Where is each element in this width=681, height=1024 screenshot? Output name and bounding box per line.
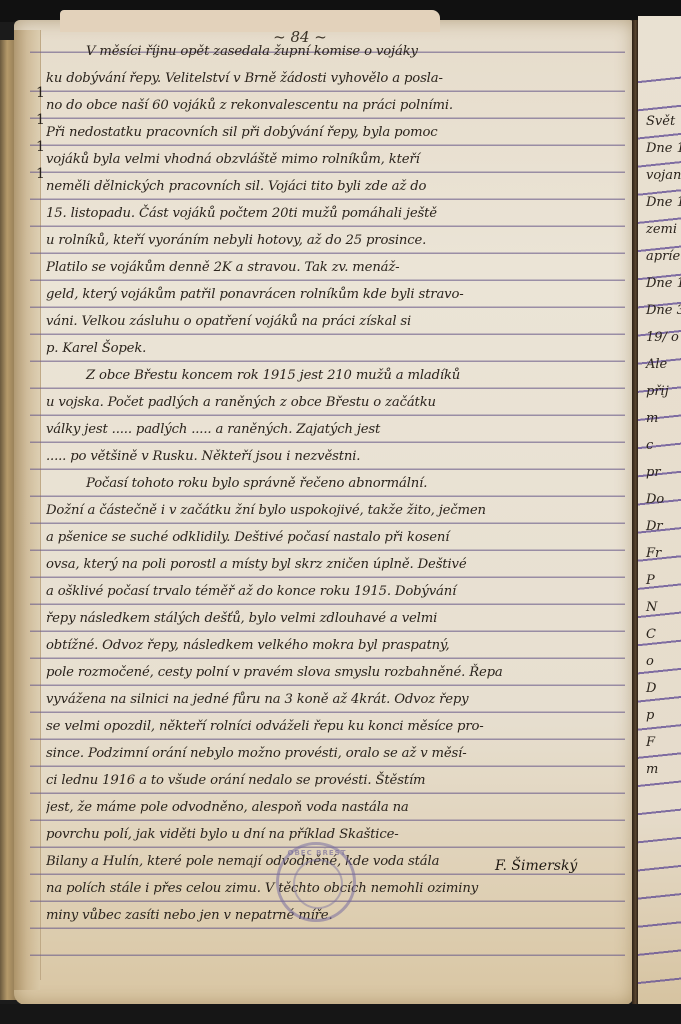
text-line: 15. listopadu. Část vojáků počtem 20ti m…	[46, 200, 616, 227]
background-bottom	[0, 1004, 681, 1024]
facing-line: Ale	[646, 351, 681, 378]
text-line: řepy následkem stálých dešťů, bylo velmi…	[46, 605, 616, 632]
facing-line: Dne 18	[646, 270, 681, 297]
facing-line: zemi	[646, 216, 681, 243]
text-line: ci lednu 1916 a to všude orání nedalo se…	[46, 767, 616, 794]
margin-mark: 1	[36, 80, 45, 107]
text-line: no do obce naší 60 vojáků z rekonvalesce…	[46, 92, 616, 119]
signature: F. Šimerský	[495, 858, 577, 874]
text-line: a ošklivé počasí trvalo téměř až do konc…	[46, 578, 616, 605]
facing-line: Dne 11/	[646, 189, 681, 216]
facing-line: Do	[646, 486, 681, 513]
text-line: since. Podzimní orání nebylo možno prové…	[46, 740, 616, 767]
text-line: vojáků byla velmi vhodná obzvláště mimo …	[46, 146, 616, 173]
facing-line: N	[646, 594, 681, 621]
text-line: Počasí tohoto roku bylo správně řečeno a…	[46, 470, 616, 497]
text-line: neměli dělnických pracovních sil. Vojáci…	[46, 173, 616, 200]
facing-line: Dne 17/	[646, 135, 681, 162]
facing-page-text: Svět Dne 17/ vojan Dne 11/ zemi apríe Dn…	[646, 108, 681, 783]
facing-line: m	[646, 405, 681, 432]
text-line: Při nedostatku pracovních sil při dobývá…	[46, 119, 616, 146]
text-line: Z obce Břestu koncem rok 1915 jest 210 m…	[46, 362, 616, 389]
text-line: p. Karel Šopek.	[46, 335, 616, 362]
facing-line: apríe	[646, 243, 681, 270]
facing-line: p	[646, 702, 681, 729]
facing-line: pr	[646, 459, 681, 486]
facing-line: Svět	[646, 108, 681, 135]
facing-line: Fr	[646, 540, 681, 567]
text-line: jest, že máme pole odvodněno, alespoň vo…	[46, 794, 616, 821]
text-line: geld, který vojákům patřil ponavrácen ro…	[46, 281, 616, 308]
text-line: obtížné. Odvoz řepy, následkem velkého m…	[46, 632, 616, 659]
text-line: ..... po většině v Rusku. Někteří jsou i…	[46, 443, 616, 470]
facing-line: vojan	[646, 162, 681, 189]
facing-line: D	[646, 675, 681, 702]
text-line: u vojska. Počet padlých a raněných z obc…	[46, 389, 616, 416]
stamp-text: OBEC BŘEST	[285, 849, 349, 857]
stamp-emblem-icon	[293, 859, 343, 909]
paragraph-soldiers: V měsíci říjnu opět zasedala župní komis…	[46, 38, 616, 254]
text-line: Platilo se vojákům denně 2K a stravou. T…	[46, 254, 616, 281]
paragraph-war-casualties: Z obce Břestu koncem rok 1915 jest 210 m…	[46, 362, 616, 470]
text-line: a pšenice se suché odklidily. Deštivé po…	[46, 524, 616, 551]
margin-mark: 1	[36, 161, 45, 188]
margin-mark: 1	[36, 134, 45, 161]
facing-line: přij	[646, 378, 681, 405]
text-line: vyvážena na silnici na jedné fůru na 3 k…	[46, 686, 616, 713]
facing-line: m	[646, 756, 681, 783]
facing-line: 19/ o	[646, 324, 681, 351]
facing-line: o	[646, 648, 681, 675]
text-line: V měsíci říjnu opět zasedala župní komis…	[46, 38, 616, 65]
official-stamp: OBEC BŘEST	[276, 842, 356, 922]
facing-line: Dne 3	[646, 297, 681, 324]
text-line: ku dobývání řepy. Velitelství v Brně žád…	[46, 65, 616, 92]
handwritten-text: V měsíci říjnu opět zasedala župní komis…	[46, 38, 616, 929]
text-line: se velmi opozdil, někteří rolníci odváže…	[46, 713, 616, 740]
text-line: ovsa, který na poli porostl a místy byl …	[46, 551, 616, 578]
text-line: Dožní a částečně i v začátku žní bylo us…	[46, 497, 616, 524]
text-line: pole rozmočené, cesty polní v pravém slo…	[46, 659, 616, 686]
facing-line: c	[646, 432, 681, 459]
facing-line: P	[646, 567, 681, 594]
facing-line: Dr	[646, 513, 681, 540]
torn-paper-strip	[60, 10, 440, 32]
facing-page: Svět Dne 17/ vojan Dne 11/ zemi apríe Dn…	[638, 16, 681, 1006]
facing-line: F	[646, 729, 681, 756]
text-line: u rolníků, kteří vyoráním nebyli hotovy,…	[46, 227, 616, 254]
paragraph-payment: Platilo se vojákům denně 2K a stravou. T…	[46, 254, 616, 362]
margin-marks: 1 1 1 1	[36, 80, 45, 188]
text-line: váni. Velkou zásluhu o opatření vojáků n…	[46, 308, 616, 335]
margin-mark: 1	[36, 107, 45, 134]
text-line: války jest ..... padlých ..... a raněnýc…	[46, 416, 616, 443]
facing-line: C	[646, 621, 681, 648]
